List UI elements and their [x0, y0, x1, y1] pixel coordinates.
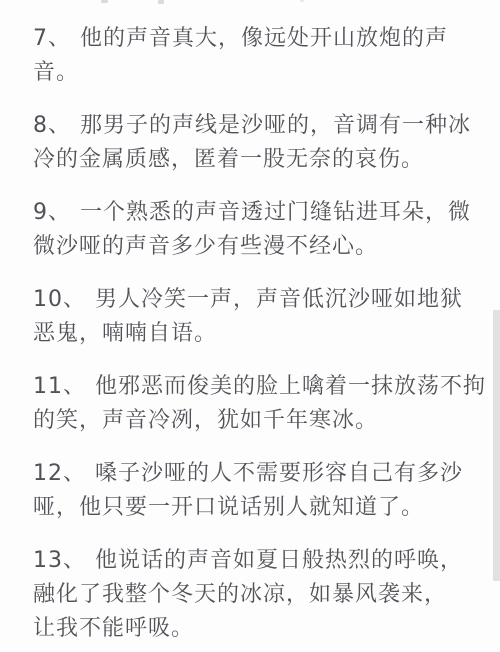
item-number: 11、: [33, 370, 86, 404]
clipped-text-fragment: [300, 0, 304, 2]
item-text-line: 恶鬼，喃喃自语。: [33, 317, 486, 351]
item-number: 12、: [33, 457, 86, 491]
item-text-line: 男人冷笑一声，声音低沉沙哑如地狱: [95, 287, 463, 312]
item-text-line: 那男子的声线是沙哑的，音调有一种冰: [80, 113, 471, 138]
list-item: 10、男人冷笑一声，声音低沉沙哑如地狱 恶鬼，喃喃自语。: [33, 283, 486, 351]
list-item: 8、那男子的声线是沙哑的，音调有一种冰 冷的金属质感，匿着一股无奈的哀伤。: [33, 109, 486, 177]
scrollbar-thumb[interactable]: [493, 310, 500, 581]
item-first-line: 11、他邪恶而俊美的脸上噙着一抹放荡不拘: [33, 370, 486, 404]
item-text-line: 哑，他只要一开口说话别人就知道了。: [33, 491, 486, 525]
item-text-line: 音。: [33, 56, 486, 90]
item-text-line: 一个熟悉的声音透过门缝钻进耳朵，微: [80, 200, 471, 225]
item-text-line: 让我不能呼吸。: [33, 612, 486, 646]
item-first-line: 12、嗓子沙哑的人不需要形容自己有多沙: [33, 457, 486, 491]
item-text-line: 他说话的声音如夏日般热烈的呼唤，: [95, 548, 463, 573]
item-first-line: 7、他的声音真大，像远处开山放炮的声: [33, 22, 486, 56]
list-item: 13、他说话的声音如夏日般热烈的呼唤， 融化了我整个冬天的冰凉，如暴风袭来， 让…: [33, 544, 486, 646]
list-item: 12、嗓子沙哑的人不需要形容自己有多沙 哑，他只要一开口说话别人就知道了。: [33, 457, 486, 525]
item-text-line: 嗓子沙哑的人不需要形容自己有多沙: [95, 461, 463, 486]
item-first-line: 9、一个熟悉的声音透过门缝钻进耳朵，微: [33, 196, 486, 230]
item-text-line: 他邪恶而俊美的脸上噙着一抹放荡不拘: [95, 374, 486, 399]
item-number: 9、: [33, 196, 71, 230]
item-number: 13、: [33, 544, 86, 578]
clipped-text-fragment: [158, 0, 164, 4]
item-text-line: 冷的金属质感，匿着一股无奈的哀伤。: [33, 143, 486, 177]
list-item: 7、他的声音真大，像远处开山放炮的声 音。: [33, 22, 486, 90]
item-first-line: 8、那男子的声线是沙哑的，音调有一种冰: [33, 109, 486, 143]
item-text-line: 的笑，声音冷冽，犹如千年寒冰。: [33, 404, 486, 438]
item-text-line: 融化了我整个冬天的冰凉，如暴风袭来，: [33, 578, 486, 612]
item-number: 10、: [33, 283, 86, 317]
list-item: 9、一个熟悉的声音透过门缝钻进耳朵，微 微沙哑的声音多少有些漫不经心。: [33, 196, 486, 264]
item-first-line: 13、他说话的声音如夏日般热烈的呼唤，: [33, 544, 486, 578]
item-text-line: 他的声音真大，像远处开山放炮的声: [80, 26, 448, 51]
quote-list-document: 7、他的声音真大，像远处开山放炮的声 音。 8、那男子的声线是沙哑的，音调有一种…: [0, 0, 500, 646]
list-item: 11、他邪恶而俊美的脸上噙着一抹放荡不拘 的笑，声音冷冽，犹如千年寒冰。: [33, 370, 486, 438]
item-number: 8、: [33, 109, 71, 143]
item-number: 7、: [33, 22, 71, 56]
item-first-line: 10、男人冷笑一声，声音低沉沙哑如地狱: [33, 283, 486, 317]
clipped-text-fragment: [101, 0, 108, 3]
item-text-line: 微沙哑的声音多少有些漫不经心。: [33, 230, 486, 264]
